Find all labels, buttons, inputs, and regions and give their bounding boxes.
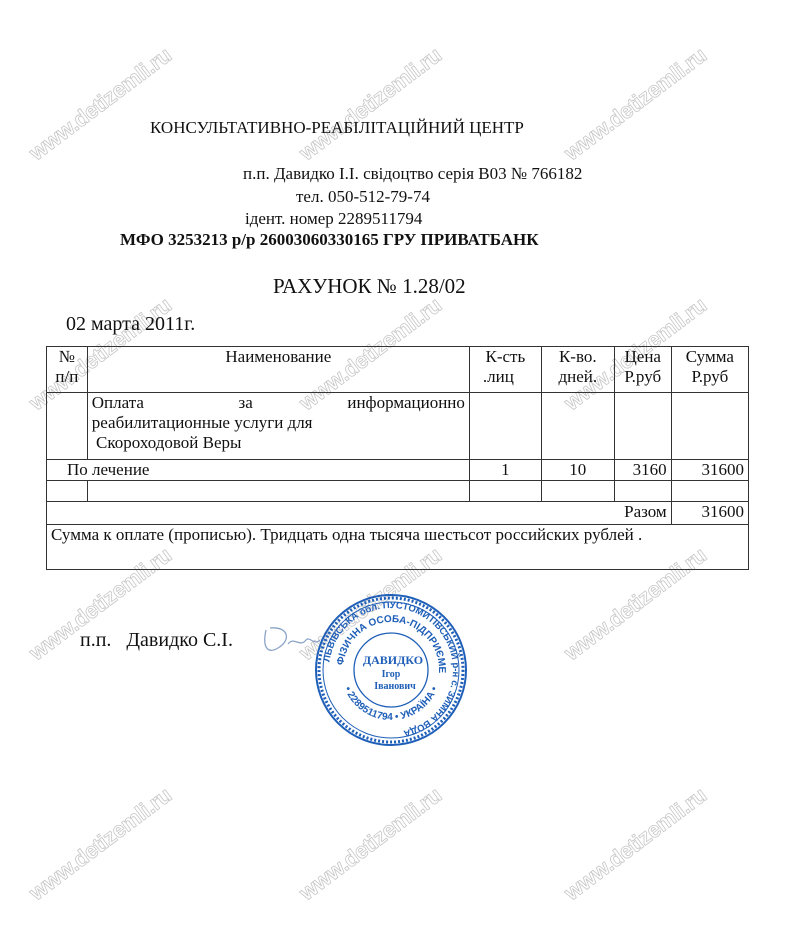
- watermark-text: www.detizemli.ru: [559, 42, 711, 166]
- item-price: 3160: [614, 460, 671, 481]
- item-sum: 31600: [671, 460, 748, 481]
- cell-empty: [47, 393, 88, 460]
- watermark-text: www.detizemli.ru: [294, 42, 446, 166]
- column-header-name: Наименование: [87, 347, 469, 393]
- column-header-persons: К-сть.лиц: [469, 347, 541, 393]
- signatory-name: п.п. Давидко С.І.: [80, 629, 233, 652]
- svg-text:Ігор: Ігор: [382, 669, 401, 680]
- table-row-empty: [47, 481, 749, 502]
- watermark-text: www.detizemli.ru: [559, 782, 711, 906]
- amount-in-words: Сумма к оплате (прописью). Тридцать одна…: [47, 525, 749, 570]
- column-header-price: ЦенаР.руб: [614, 347, 671, 393]
- invoice-title: РАХУНОК № 1.28/02: [273, 274, 466, 299]
- seal-stamp-icon: ЛЬВІВСЬКА обл. ПУСТОМИТІВСЬКИЙ р-н с. ЗИ…: [313, 592, 469, 748]
- total-label: Разом: [47, 502, 672, 525]
- column-header-days: К-во.дней.: [541, 347, 614, 393]
- item-name: По лечение: [47, 460, 470, 481]
- watermark-text: www.detizemli.ru: [24, 42, 176, 166]
- svg-text:ДАВИДКО: ДАВИДКО: [363, 653, 423, 667]
- amount-in-words-row: Сумма к оплате (прописью). Тридцать одна…: [47, 525, 749, 570]
- invoice-date: 02 марта 2011г.: [66, 313, 195, 336]
- bank-details: МФО 3253213 р/р 26003060330165 ГРУ ПРИВА…: [120, 230, 539, 250]
- entrepreneur-certificate: п.п. Давидко І.І. свідоцтво серія В03 № …: [243, 164, 582, 184]
- invoice-table: №п/п Наименование К-сть.лиц К-во.дней. Ц…: [46, 346, 749, 570]
- phone-number: тел. 050-512-79-74: [296, 187, 430, 207]
- column-header-number: №п/п: [47, 347, 88, 393]
- table-row: По лечение 1 10 3160 31600: [47, 460, 749, 481]
- table-header-row: №п/п Наименование К-сть.лиц К-во.дней. Ц…: [47, 347, 749, 393]
- total-row: Разом 31600: [47, 502, 749, 525]
- item-persons: 1: [469, 460, 541, 481]
- svg-text:Іванович: Іванович: [374, 681, 416, 692]
- watermark-text: www.detizemli.ru: [294, 782, 446, 906]
- organization-name: КОНСУЛЬТАТИВНО-РЕАБІЛІТАЦІЙНИЙ ЦЕНТР: [150, 118, 524, 138]
- item-days: 10: [541, 460, 614, 481]
- service-description: Оплата за информационно реабилитационные…: [87, 393, 469, 460]
- total-value: 31600: [671, 502, 748, 525]
- table-row: Оплата за информационно реабилитационные…: [47, 393, 749, 460]
- column-header-sum: СуммаР.руб: [671, 347, 748, 393]
- watermark-text: www.detizemli.ru: [24, 782, 176, 906]
- tax-id: ідент. номер 2289511794: [245, 209, 422, 229]
